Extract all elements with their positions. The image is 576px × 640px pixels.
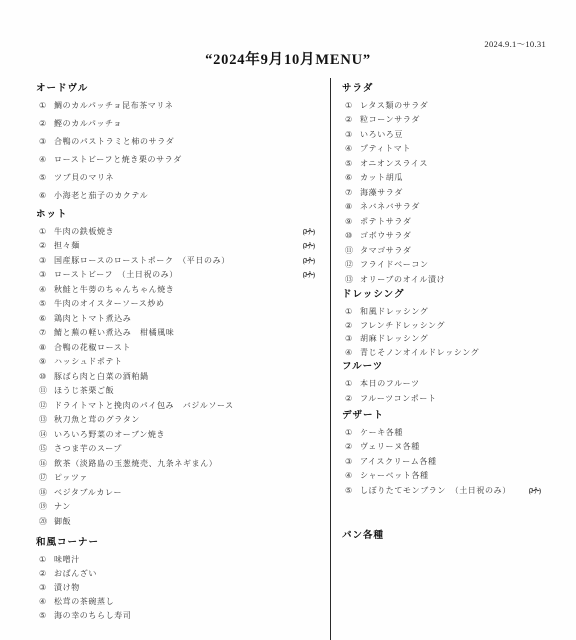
item-number: ④: [342, 145, 360, 153]
menu-item: ④青じそノンオイルドレッシング: [342, 349, 556, 357]
item-number: ②: [36, 570, 54, 578]
item-text: 豚ばら肉と白菜の酒粕鍋: [54, 373, 149, 381]
section-title: フルーツ: [342, 362, 556, 373]
menu-item: ⑦鯖と蕪の軽い煮込み 柑橘風味: [36, 329, 330, 337]
item-text: 御飯: [54, 518, 71, 526]
item-number: ⑮: [36, 445, 54, 453]
item-text: タマゴサラダ: [360, 247, 412, 255]
item-text: シャーベット各種: [360, 472, 429, 480]
menu-item: ①味噌汁: [36, 556, 330, 564]
item-number: ⑰: [36, 474, 54, 482]
menu-item: ②担々麺(ｺｰﾅｰ): [36, 242, 330, 250]
item-number: ④: [342, 472, 360, 480]
item-text: 鰹のカルパッチョ: [54, 120, 122, 128]
menu-item: ⑤しぼりたてモンブラン （土日祝のみ）(ｺｰﾅｰ): [342, 487, 556, 495]
corner-tag: (ｺｰﾅｰ): [303, 257, 314, 265]
menu-item: ⑥鶏肉とトマト煮込み: [36, 315, 330, 323]
menu-item: ④シャーベット各種: [342, 472, 556, 480]
item-text: 秋鮭と牛蒡のちゃんちゃん焼き: [54, 286, 174, 294]
item-number: ①: [342, 429, 360, 437]
item-text: オリーブのオイル漬け: [360, 276, 445, 284]
item-text: 飲茶（淡路島の玉葱焼売、九条ネギまん）: [54, 460, 217, 468]
menu-item: ①鯛のカルパッチョ昆布茶マリネ: [36, 102, 330, 110]
item-number: ①: [36, 102, 54, 110]
corner-tag: (ｺｰﾅｰ): [303, 271, 314, 279]
section-title: サラダ: [342, 84, 556, 95]
item-number: ②: [342, 116, 360, 124]
item-number: ⑤: [342, 487, 360, 495]
section-dessert: デザート①ケーキ各種②ヴェリーヌ各種③アイスクリーム各種④シャーベット各種⑤しぼ…: [342, 411, 556, 495]
item-text: ネバネバサラダ: [360, 203, 420, 211]
item-number: ①: [342, 380, 360, 388]
item-text: 合鴨の花椒ロースト: [54, 344, 131, 352]
menu-item: ⑳御飯: [36, 518, 330, 526]
item-text: フライドベーコン: [360, 261, 429, 269]
item-text: さつま芋のスープ: [54, 445, 122, 453]
menu-item: ⑤牛肉のオイスターソース炒め: [36, 300, 330, 308]
item-number: ③: [342, 131, 360, 139]
menu-item: ①牛肉の鉄板焼き(ｺｰﾅｰ): [36, 228, 330, 236]
menu-item: ①ケーキ各種: [342, 429, 556, 437]
menu-item: ②ヴェリーヌ各種: [342, 443, 556, 451]
item-text: 松茸の茶碗蒸し: [54, 598, 114, 606]
item-number: ⑪: [36, 387, 54, 395]
item-number: ⑨: [342, 218, 360, 226]
item-text: 小海老と茄子のカクテル: [54, 192, 148, 200]
item-text: ピッツァ: [54, 474, 88, 482]
section-title: デザート: [342, 411, 556, 422]
item-number: ⑪: [342, 247, 360, 255]
section-title: ドレッシング: [342, 290, 556, 301]
menu-item: ⑨ハッシュドポテト: [36, 358, 330, 366]
item-number: ⑦: [342, 189, 360, 197]
item-number: ④: [342, 349, 360, 357]
item-text: プティトマト: [360, 145, 411, 153]
section-hors-doeuvres: オードヴル①鯛のカルパッチョ昆布茶マリネ②鰹のカルパッチョ③合鴨のパストラミと柿…: [36, 84, 330, 200]
section-hot: ホット①牛肉の鉄板焼き(ｺｰﾅｰ)②担々麺(ｺｰﾅｰ)③国産豚ロースのローストポ…: [36, 210, 330, 526]
item-number: ⑧: [342, 203, 360, 211]
menu-item: ⑫フライドベーコン: [342, 261, 556, 269]
item-text: 海藻サラダ: [360, 189, 403, 197]
menu-item: ②おばんざい: [36, 570, 330, 578]
menu-item: ⑪ほうじ茶栗ご飯: [36, 387, 330, 395]
item-number: ⑫: [342, 261, 360, 269]
item-text: ヴェリーヌ各種: [360, 443, 420, 451]
menu-item: ⑨ポテトサラダ: [342, 218, 556, 226]
menu-item: ④プティトマト: [342, 145, 556, 153]
item-number: ⑯: [36, 460, 54, 468]
menu-item: ⑤海の幸のちらし寿司: [36, 612, 330, 620]
item-number: ②: [342, 443, 360, 451]
section-title: ホット: [36, 210, 330, 221]
menu-item: ③漬け物: [36, 584, 330, 592]
item-number: ①: [342, 308, 360, 316]
menu-item: ⑤オニオンスライス: [342, 160, 556, 168]
item-text: 本日のフルーツ: [360, 380, 420, 388]
item-text: フレンチドレッシング: [360, 322, 445, 330]
item-number: ⑤: [36, 174, 54, 182]
corner-tag: (ｺｰﾅｰ): [529, 487, 540, 495]
section-title: パン各種: [342, 531, 556, 542]
menu-item: ②粒コーンサラダ: [342, 116, 556, 124]
item-number: ⑧: [36, 344, 54, 352]
menu-item: ①本日のフルーツ: [342, 380, 556, 388]
item-text: ローストビーフと焼き栗のサラダ: [54, 156, 182, 164]
menu-item: ⑮さつま芋のスープ: [36, 445, 330, 453]
menu-item: ⑬オリーブのオイル漬け: [342, 276, 556, 284]
menu-item: ⑧ネバネバサラダ: [342, 203, 556, 211]
left-column: オードヴル①鯛のカルパッチョ昆布茶マリネ②鰹のカルパッチョ③合鴨のパストラミと柿…: [36, 84, 330, 640]
item-number: ②: [342, 322, 360, 330]
menu-item: ⑥小海老と茄子のカクテル: [36, 192, 330, 200]
menu-item: ③胡麻ドレッシング: [342, 335, 556, 343]
menu-item: ②フルーツコンポート: [342, 395, 556, 403]
item-text: 海の幸のちらし寿司: [54, 612, 131, 620]
item-text: 国産豚ロースのローストポーク （平日のみ）: [54, 257, 230, 265]
item-text: アイスクリーム各種: [360, 458, 437, 466]
page-title: “2024年9月10月MENU”: [0, 48, 576, 69]
menu-item: ④ローストビーフと焼き栗のサラダ: [36, 156, 330, 164]
menu-item: ⑪タマゴサラダ: [342, 247, 556, 255]
menu-item: ⑬秋刀魚と茸のグラタン: [36, 416, 330, 424]
item-number: ④: [36, 286, 54, 294]
item-number: ②: [36, 242, 54, 250]
item-number: ⑤: [342, 160, 360, 168]
menu-item: ⑩豚ばら肉と白菜の酒粕鍋: [36, 373, 330, 381]
item-text: ドライトマトと挽肉のパイ包み バジルソース: [54, 402, 234, 410]
item-number: ⑬: [342, 276, 360, 284]
menu-item: ⑯飲茶（淡路島の玉葱焼売、九条ネギまん）: [36, 460, 330, 468]
item-text: ポテトサラダ: [360, 218, 412, 226]
item-number: ①: [342, 102, 360, 110]
item-number: ②: [36, 120, 54, 128]
item-number: ⑱: [36, 489, 54, 497]
section-title: オードヴル: [36, 84, 330, 95]
menu-item: ②フレンチドレッシング: [342, 322, 556, 330]
item-text: ローストビーフ （土日祝のみ）: [54, 271, 178, 279]
right-column: サラダ①レタス類のサラダ②粒コーンサラダ③いろいろ豆④プティトマト⑤オニオンスラ…: [342, 84, 556, 640]
item-text: ツブ貝のマリネ: [54, 174, 114, 182]
item-number: ⑩: [36, 373, 54, 381]
menu-item: ②鰹のカルパッチョ: [36, 120, 330, 128]
item-number: ③: [342, 458, 360, 466]
item-number: ⑲: [36, 503, 54, 511]
item-number: ④: [36, 156, 54, 164]
item-number: ⑥: [36, 315, 54, 323]
menu-item: ⑱ベジタブルカレー: [36, 489, 330, 497]
menu-item: ①和風ドレッシング: [342, 308, 556, 316]
item-number: ⑦: [36, 329, 54, 337]
item-number: ③: [36, 271, 54, 279]
item-text: おばんざい: [54, 570, 97, 578]
item-number: ②: [342, 395, 360, 403]
item-number: ⑨: [36, 358, 54, 366]
section-fruits: フルーツ①本日のフルーツ②フルーツコンポート: [342, 362, 556, 402]
item-text: 鯖と蕪の軽い煮込み 柑橘風味: [54, 329, 174, 337]
menu-item: ⑧合鴨の花椒ロースト: [36, 344, 330, 352]
item-number: ③: [36, 138, 54, 146]
menu-item: ⑫ドライトマトと挽肉のパイ包み バジルソース: [36, 402, 330, 410]
item-text: 鶏肉とトマト煮込み: [54, 315, 131, 323]
item-number: ③: [36, 584, 54, 592]
item-number: ⑭: [36, 431, 54, 439]
item-text: 漬け物: [54, 584, 80, 592]
item-text: 粒コーンサラダ: [360, 116, 420, 124]
item-number: ⑫: [36, 402, 54, 410]
menu-item: ④松茸の茶碗蒸し: [36, 598, 330, 606]
menu-item: ③いろいろ豆: [342, 131, 556, 139]
menu-item: ③合鴨のパストラミと柿のサラダ: [36, 138, 330, 146]
menu-item: ③国産豚ロースのローストポーク （平日のみ）(ｺｰﾅｰ): [36, 257, 330, 265]
item-text: 鯛のカルパッチョ昆布茶マリネ: [54, 102, 173, 110]
item-number: ①: [36, 228, 54, 236]
section-wafu-corner: 和風コーナー①味噌汁②おばんざい③漬け物④松茸の茶碗蒸し⑤海の幸のちらし寿司: [36, 538, 330, 620]
menu-item: ⑤ツブ貝のマリネ: [36, 174, 330, 182]
item-text: いろいろ野菜のオーブン焼き: [54, 431, 165, 439]
menu-item: ⑭いろいろ野菜のオーブン焼き: [36, 431, 330, 439]
menu-item: ⑦海藻サラダ: [342, 189, 556, 197]
item-text: 胡麻ドレッシング: [360, 335, 428, 343]
menu-item: ⑰ピッツァ: [36, 474, 330, 482]
item-number: ⑥: [342, 174, 360, 182]
menu-columns: オードヴル①鯛のカルパッチョ昆布茶マリネ②鰹のカルパッチョ③合鴨のパストラミと柿…: [36, 84, 556, 640]
item-text: オニオンスライス: [360, 160, 428, 168]
menu-item: ③アイスクリーム各種: [342, 458, 556, 466]
item-number: ⑩: [342, 232, 360, 240]
item-text: 担々麺: [54, 242, 80, 250]
item-number: ⑥: [36, 192, 54, 200]
item-text: ベジタブルカレー: [54, 489, 122, 497]
item-text: ナン: [54, 503, 71, 511]
item-number: ①: [36, 556, 54, 564]
item-text: レタス類のサラダ: [360, 102, 428, 110]
section-salad: サラダ①レタス類のサラダ②粒コーンサラダ③いろいろ豆④プティトマト⑤オニオンスラ…: [342, 84, 556, 284]
item-text: 合鴨のパストラミと柿のサラダ: [54, 138, 174, 146]
item-text: フルーツコンポート: [360, 395, 437, 403]
menu-item: ③ローストビーフ （土日祝のみ）(ｺｰﾅｰ): [36, 271, 330, 279]
item-text: ケーキ各種: [360, 429, 403, 437]
corner-tag: (ｺｰﾅｰ): [303, 228, 314, 236]
item-text: 青じそノンオイルドレッシング: [360, 349, 479, 357]
item-number: ⑬: [36, 416, 54, 424]
menu-item: ⑲ナン: [36, 503, 330, 511]
corner-tag: (ｺｰﾅｰ): [303, 242, 314, 250]
menu-item: ①レタス類のサラダ: [342, 102, 556, 110]
item-text: 秋刀魚と茸のグラタン: [54, 416, 140, 424]
item-number: ③: [36, 257, 54, 265]
section-dressing: ドレッシング①和風ドレッシング②フレンチドレッシング③胡麻ドレッシング④青じそノ…: [342, 290, 556, 356]
item-text: しぼりたてモンブラン （土日祝のみ）: [360, 487, 511, 495]
item-number: ⑳: [36, 518, 54, 526]
item-text: いろいろ豆: [360, 131, 403, 139]
section-bread: パン各種: [342, 531, 556, 542]
section-title: 和風コーナー: [36, 538, 330, 549]
item-number: ④: [36, 598, 54, 606]
menu-document: 2024.9.1～10.31 “2024年9月10月MENU” オードヴル①鯛の…: [0, 0, 576, 640]
item-text: 牛肉のオイスターソース炒め: [54, 300, 165, 308]
item-number: ⑤: [36, 612, 54, 620]
item-text: 和風ドレッシング: [360, 308, 428, 316]
item-text: ハッシュドポテト: [54, 358, 123, 366]
item-number: ③: [342, 335, 360, 343]
item-text: カット胡瓜: [360, 174, 403, 182]
item-number: ⑤: [36, 300, 54, 308]
item-text: ほうじ茶栗ご飯: [54, 387, 114, 395]
item-text: 牛肉の鉄板焼き: [54, 228, 114, 236]
menu-item: ⑩ゴボウサラダ: [342, 232, 556, 240]
item-text: 味噌汁: [54, 556, 80, 564]
item-text: ゴボウサラダ: [360, 232, 412, 240]
menu-item: ④秋鮭と牛蒡のちゃんちゃん焼き: [36, 286, 330, 294]
menu-item: ⑥カット胡瓜: [342, 174, 556, 182]
